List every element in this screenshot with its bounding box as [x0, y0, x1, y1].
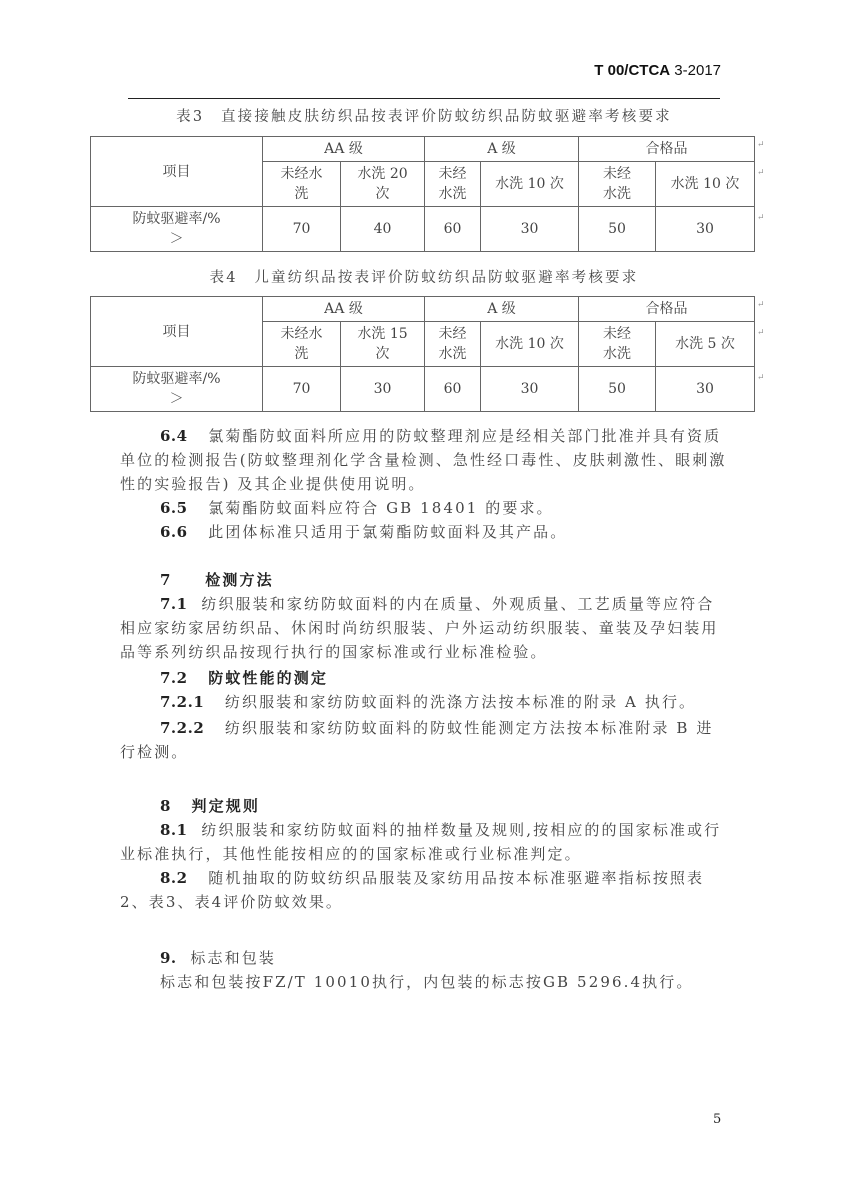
- section-title: 检测方法: [205, 571, 273, 589]
- table4-group: AA 级: [263, 297, 425, 322]
- table3-caption: 表3 直接接触皮肤纺织品按表评价防蚊纺织品防蚊驱避率考核要求: [0, 105, 848, 126]
- clause-7-2-1: 7.2.1 纺织服装和家纺防蚊面料的洗涤方法按本标准的附录 A 执行。: [160, 690, 760, 714]
- table3-value: 50: [579, 207, 656, 252]
- table4-subheader: 水洗 10 次: [481, 322, 579, 367]
- table3-subheader: 水洗 20 次: [341, 162, 425, 207]
- table3-value: 40: [341, 207, 425, 252]
- clause-7-2-2: 7.2.2 纺织服装和家纺防蚊面料的防蚊性能测定方法按本标准附录 B 进行检测。: [120, 716, 730, 764]
- clause-number: 6.6: [160, 523, 188, 541]
- section-number: 8: [160, 797, 171, 815]
- clause-text: 纺织服装和家纺防蚊面料的抽样数量及规则,按相应的的国家标准或行业标准执行，其他性…: [120, 821, 721, 863]
- paragraph-mark-icon: ↵: [757, 213, 765, 223]
- paragraph-mark-icon: ↵: [757, 328, 765, 338]
- standard-code-bold: T 00/CTCA: [594, 62, 670, 79]
- section-9-heading: 9. 标志和包装: [160, 946, 760, 970]
- clause-7-1: 7.1 纺织服装和家纺防蚊面料的内在质量、外观质量、工艺质量等应符合相应家纺家居…: [120, 592, 730, 664]
- table3: 项目 AA 级 A 级 合格品 未经水洗 水洗 20 次 未经水洗 水洗 10 …: [90, 136, 755, 252]
- clause-text: 氯菊酯防蚊面料所应用的防蚊整理剂应是经相关部门批准并具有资质单位的检测报告(防蚊…: [120, 427, 726, 493]
- clause-text: 标志和包装按FZ/T 10010执行，内包装的标志按GB 5296.4执行。: [160, 973, 693, 991]
- table3-row-label: 防蚊驱避率/% ＞: [91, 207, 263, 252]
- clause-number: 7.2.2: [160, 719, 204, 737]
- table3-value: 60: [425, 207, 481, 252]
- standard-code: T 00/CTCA 3-2017: [594, 62, 721, 79]
- table4: 项目 AA 级 A 级 合格品 未经水洗 水洗 15 次 未经水洗 水洗 10 …: [90, 296, 755, 412]
- clause-text: 氯菊酯防蚊面料应符合 GB 18401 的要求。: [208, 499, 553, 517]
- table3-value: 30: [656, 207, 755, 252]
- table3-subheader: 未经水洗: [579, 162, 656, 207]
- table4-subheader: 水洗 15 次: [341, 322, 425, 367]
- table4-subheader: 未经水洗: [579, 322, 656, 367]
- clause-number: 8.2: [160, 869, 188, 887]
- table3-subheader: 水洗 10 次: [656, 162, 755, 207]
- clause-number: 7.1: [160, 595, 188, 613]
- table3-value: 70: [263, 207, 341, 252]
- section-number: 7: [160, 571, 171, 589]
- clause-text: 随机抽取的防蚊纺织品服装及家纺用品按本标准驱避率指标按照表2、表3、表4评价防蚊…: [120, 869, 704, 911]
- page-number: 5: [713, 1112, 721, 1127]
- table4-value: 30: [656, 367, 755, 412]
- clause-text: 纺织服装和家纺防蚊面料的洗涤方法按本标准的附录 A 执行。: [225, 693, 696, 711]
- table4-subheader: 未经水洗: [263, 322, 341, 367]
- table4-row-label: 防蚊驱避率/% ＞: [91, 367, 263, 412]
- table3-subheader: 未经水洗: [263, 162, 341, 207]
- table4-value: 30: [481, 367, 579, 412]
- clause-number: 6.5: [160, 499, 188, 517]
- clause-number: 7.2: [160, 669, 188, 687]
- table4-subheader: 水洗 5 次: [656, 322, 755, 367]
- clause-7-2-heading: 7.2 防蚊性能的测定: [160, 666, 760, 690]
- table3-group: 合格品: [579, 137, 755, 162]
- header-rule: [128, 98, 720, 99]
- clause-number: 7.2.1: [160, 693, 204, 711]
- table3-group: A 级: [425, 137, 579, 162]
- section-9-body: 标志和包装按FZ/T 10010执行，内包装的标志按GB 5296.4执行。: [160, 970, 760, 994]
- clause-text: 纺织服装和家纺防蚊面料的内在质量、外观质量、工艺质量等应符合相应家纺家居纺织品、…: [120, 595, 719, 661]
- paragraph-mark-icon: ↵: [757, 373, 765, 383]
- table4-caption: 表4 儿童纺织品按表评价防蚊纺织品防蚊驱避率考核要求: [0, 266, 848, 287]
- clause-number: 6.4: [160, 427, 188, 445]
- table3-group: AA 级: [263, 137, 425, 162]
- table3-value: 30: [481, 207, 579, 252]
- paragraph-mark-icon: ↵: [757, 168, 765, 178]
- table4-group: A 级: [425, 297, 579, 322]
- paragraph-mark-icon: ↵: [757, 140, 765, 150]
- clause-6-4: 6.4 氯菊酯防蚊面料所应用的防蚊整理剂应是经相关部门批准并具有资质单位的检测报…: [120, 424, 730, 496]
- table3-subheader: 水洗 10 次: [481, 162, 579, 207]
- section-7-heading: 7 检测方法: [160, 568, 760, 592]
- section-8-heading: 8 判定规则: [160, 794, 760, 818]
- table4-item-header: 项目: [91, 297, 263, 367]
- table4-value: 60: [425, 367, 481, 412]
- table4-subheader: 未经水洗: [425, 322, 481, 367]
- table4-value: 70: [263, 367, 341, 412]
- table4-value: 50: [579, 367, 656, 412]
- clause-number: 8.1: [160, 821, 188, 839]
- table4-group: 合格品: [579, 297, 755, 322]
- clause-text: 此团体标准只适用于氯菊酯防蚊面料及其产品。: [208, 523, 567, 541]
- table4-value: 30: [341, 367, 425, 412]
- table3-subheader: 未经水洗: [425, 162, 481, 207]
- table3-item-header: 项目: [91, 137, 263, 207]
- clause-8-2: 8.2 随机抽取的防蚊纺织品服装及家纺用品按本标准驱避率指标按照表2、表3、表4…: [120, 866, 730, 914]
- clause-8-1: 8.1 纺织服装和家纺防蚊面料的抽样数量及规则,按相应的的国家标准或行业标准执行…: [120, 818, 730, 866]
- section-title: 判定规则: [192, 797, 260, 815]
- clause-6-5: 6.5 氯菊酯防蚊面料应符合 GB 18401 的要求。: [160, 496, 760, 520]
- clause-title: 防蚊性能的测定: [208, 669, 328, 687]
- paragraph-mark-icon: ↵: [757, 300, 765, 310]
- section-number: 9.: [160, 949, 177, 967]
- clause-text: 纺织服装和家纺防蚊面料的防蚊性能测定方法按本标准附录 B 进行检测。: [120, 719, 713, 761]
- clause-6-6: 6.6 此团体标准只适用于氯菊酯防蚊面料及其产品。: [160, 520, 760, 544]
- section-title: 标志和包装: [190, 949, 276, 967]
- standard-code-year: 3-2017: [670, 62, 721, 79]
